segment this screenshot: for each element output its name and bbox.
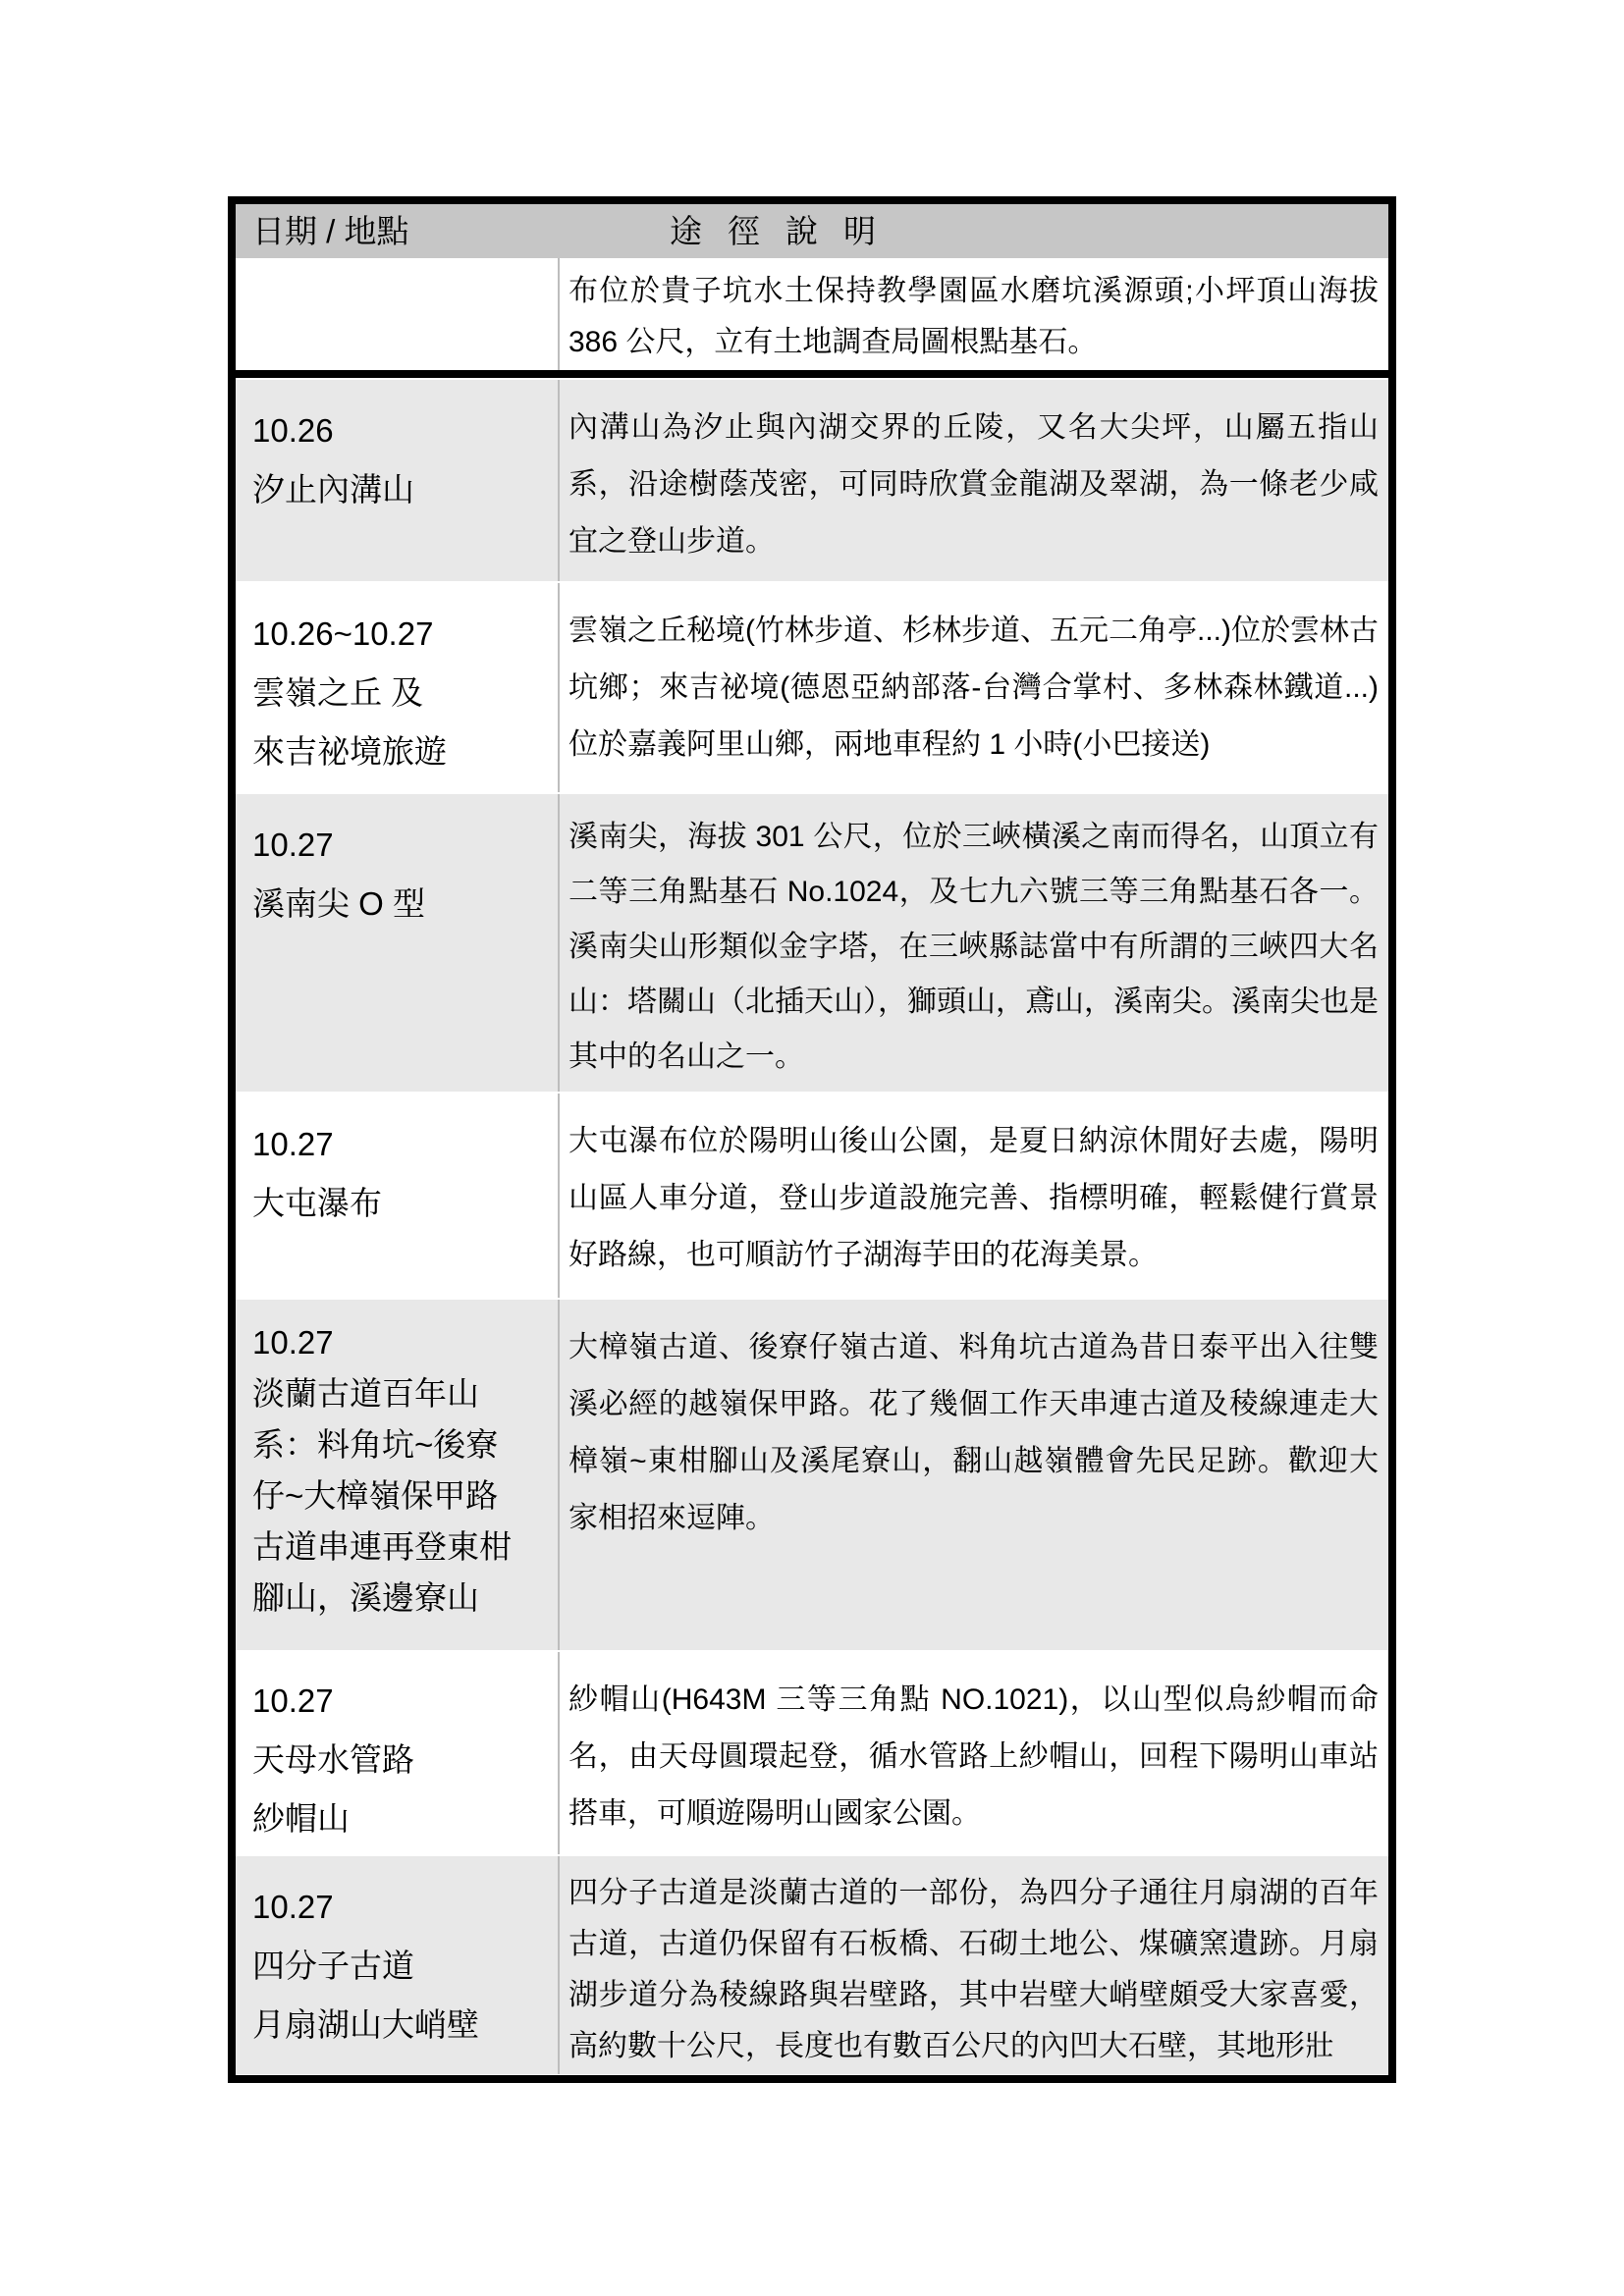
date-line: 10.26~10.27 [252, 605, 550, 664]
description-text: 四分子古道是淡蘭古道的一部份，為四分子通往月扇湖的百年古道，古道仍保留有石板橋、… [568, 1868, 1379, 2072]
date-line: 淡蘭古道百年山 [252, 1368, 550, 1419]
header-date-location: 日期 / 地點 [236, 204, 560, 258]
date-cell: 10.26~10.27 雲嶺之丘 及 來吉祕境旅遊 [236, 583, 560, 792]
date-line: 雲嶺之丘 及 [252, 664, 550, 722]
date-cell: 10.27 大屯瀑布 [236, 1094, 560, 1298]
date-line: 10.27 [252, 1115, 550, 1174]
date-line: 汐止內溝山 [252, 460, 550, 519]
table-header-row: 日期 / 地點 途徑說明 [236, 204, 1388, 258]
date-line: 10.27 [252, 1672, 550, 1731]
description-cell: 雲嶺之丘秘境(竹林步道、杉林步道、五元二角亭...)位於雲林古坑鄉；來吉祕境(德… [560, 583, 1388, 792]
date-line: 天母水管路 [252, 1731, 550, 1789]
date-cell: 10.27 四分子古道 月扇湖山大峭壁 [236, 1856, 560, 2074]
date-cell: 10.27 天母水管路 紗帽山 [236, 1652, 560, 1854]
description-text: 大樟嶺古道、後寮仔嶺古道、料角坑古道為昔日泰平出入往雙溪必經的越嶺保甲路。花了幾… [568, 1319, 1379, 1547]
table-row: 10.27 天母水管路 紗帽山 紗帽山(H643M 三等三角點 NO.1021)… [236, 1650, 1388, 1854]
description-text: 紗帽山(H643M 三等三角點 NO.1021)，以山型似烏紗帽而命名，由天母圓… [568, 1672, 1379, 1842]
date-line: 腳山，溪邊寮山 [252, 1573, 550, 1624]
date-line: 月扇湖山大峭壁 [252, 1996, 550, 2055]
date-line: 10.27 [252, 1317, 550, 1368]
date-line: 大屯瀑布 [252, 1174, 550, 1233]
description-cell: 大屯瀑布位於陽明山後山公園，是夏日納涼休閒好去處，陽明山區人車分道，登山步道設施… [560, 1094, 1388, 1298]
description-cell: 布位於貴子坑水土保持教學園區水磨坑溪源頭;小坪頂山海拔 386 公尺，立有土地調… [560, 258, 1388, 370]
date-cell: 10.27 淡蘭古道百年山 系：料角坑~後寮 仔~大樟嶺保甲路 古道串連再登東柑… [236, 1300, 560, 1650]
date-line: 10.27 [252, 816, 550, 875]
description-text: 內溝山為汐止與內湖交界的丘陵，又名大尖坪，山屬五指山系，沿途樹蔭茂密，可同時欣賞… [568, 400, 1379, 570]
table-row: 布位於貴子坑水土保持教學園區水磨坑溪源頭;小坪頂山海拔 386 公尺，立有土地調… [236, 258, 1388, 378]
header-route-description-label: 途徑說明 [670, 204, 901, 258]
description-cell: 內溝山為汐止與內湖交界的丘陵，又名大尖坪，山屬五指山系，沿途樹蔭茂密，可同時欣賞… [560, 380, 1388, 581]
description-text: 布位於貴子坑水土保持教學園區水磨坑溪源頭;小坪頂山海拔 386 公尺，立有土地調… [568, 266, 1379, 368]
date-cell [236, 258, 560, 370]
description-cell: 大樟嶺古道、後寮仔嶺古道、料角坑古道為昔日泰平出入往雙溪必經的越嶺保甲路。花了幾… [560, 1300, 1388, 1650]
header-route-description: 途徑說明 [560, 204, 1388, 258]
date-line: 仔~大樟嶺保甲路 [252, 1470, 550, 1522]
date-cell: 10.27 溪南尖 O 型 [236, 794, 560, 1092]
date-line: 四分子古道 [252, 1937, 550, 1996]
description-cell: 四分子古道是淡蘭古道的一部份，為四分子通往月扇湖的百年古道，古道仍保留有石板橋、… [560, 1856, 1388, 2074]
date-line: 10.27 [252, 1878, 550, 1937]
table-row: 10.27 溪南尖 O 型 溪南尖，海拔 301 公尺，位於三峽橫溪之南而得名，… [236, 792, 1388, 1092]
itinerary-table: 日期 / 地點 途徑說明 布位於貴子坑水土保持教學園區水磨坑溪源頭;小坪頂山海拔… [228, 196, 1396, 2083]
description-text: 溪南尖，海拔 301 公尺，位於三峽橫溪之南而得名，山頂立有二等三角點基石 No… [568, 810, 1379, 1085]
description-text: 雲嶺之丘秘境(竹林步道、杉林步道、五元二角亭...)位於雲林古坑鄉；來吉祕境(德… [568, 603, 1379, 774]
date-line: 系：料角坑~後寮 [252, 1419, 550, 1470]
date-line: 紗帽山 [252, 1789, 550, 1848]
table-row: 10.26~10.27 雲嶺之丘 及 來吉祕境旅遊 雲嶺之丘秘境(竹林步道、杉林… [236, 581, 1388, 792]
table-row: 10.27 淡蘭古道百年山 系：料角坑~後寮 仔~大樟嶺保甲路 古道串連再登東柑… [236, 1298, 1388, 1650]
description-text: 大屯瀑布位於陽明山後山公園，是夏日納涼休閒好去處，陽明山區人車分道，登山步道設施… [568, 1113, 1379, 1284]
date-line: 古道串連再登東柑 [252, 1522, 550, 1573]
date-line: 溪南尖 O 型 [252, 875, 550, 934]
description-cell: 溪南尖，海拔 301 公尺，位於三峽橫溪之南而得名，山頂立有二等三角點基石 No… [560, 794, 1388, 1092]
date-line: 來吉祕境旅遊 [252, 722, 550, 781]
table-row: 10.27 大屯瀑布 大屯瀑布位於陽明山後山公園，是夏日納涼休閒好去處，陽明山區… [236, 1092, 1388, 1298]
date-cell: 10.26 汐止內溝山 [236, 380, 560, 581]
date-line: 10.26 [252, 401, 550, 460]
table-row: 10.27 四分子古道 月扇湖山大峭壁 四分子古道是淡蘭古道的一部份，為四分子通… [236, 1854, 1388, 2074]
table-row: 10.26 汐止內溝山 內溝山為汐止與內湖交界的丘陵，又名大尖坪，山屬五指山系，… [236, 378, 1388, 581]
description-cell: 紗帽山(H643M 三等三角點 NO.1021)，以山型似烏紗帽而命名，由天母圓… [560, 1652, 1388, 1854]
